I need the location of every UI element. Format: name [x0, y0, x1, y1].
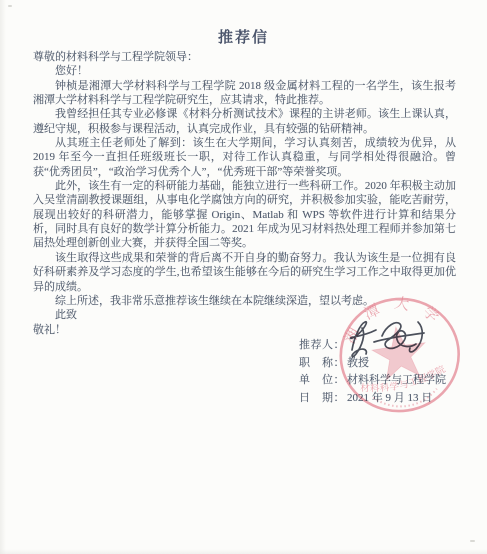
salutation: 尊敬的材料科学与工程学院领导： — [33, 50, 456, 64]
recommender-label: 推荐人： — [299, 339, 345, 351]
paragraph: 此外，该生有一定的科研能力基础，能独立进行一些科研工作。2020 年积极主动加入… — [33, 179, 456, 251]
paragraph: 钟桢是湘潭大学材料科学与工程学院 2018 级金属材料工程的一名学生，该生报考湘… — [33, 79, 456, 108]
scan-artifact — [470, 540, 475, 542]
scan-artifact — [0, 0, 6, 554]
unit-row: 单 位：材料科学与工程学院 — [299, 372, 446, 390]
letter-body: 尊敬的材料科学与工程学院领导： 您好！ 钟桢是湘潭大学材料科学与工程学院 201… — [33, 50, 456, 337]
greeting: 您好！ — [33, 64, 456, 78]
scan-artifact — [8, 5, 12, 7]
paragraph: 我曾经担任其专业必修课《材料分析测试技术》课程的主讲老师。该生上课认真，遵纪守规… — [33, 107, 456, 136]
paragraph: 从其班主任老师处了解到：该生在大学期间，学习认真刻苦，成绩较为优异，从 2019… — [33, 136, 456, 179]
job-title-row: 职 称：教授 — [299, 355, 446, 373]
unit-value: 材料科学与工程学院 — [347, 374, 446, 386]
signature-block: 推荐人： 职 称：教授 单 位：材料科学与工程学院 日 期：2021 年 9 月… — [299, 337, 446, 407]
recommender-row: 推荐人： — [299, 337, 446, 355]
scan-artifact — [0, 549, 487, 554]
recommendation-letter-page: 推荐信 尊敬的材料科学与工程学院领导： 您好！ 钟桢是湘潭大学材料科学与工程学院… — [0, 0, 487, 554]
job-title-value: 教授 — [347, 357, 369, 369]
paragraph: 该生取得这些成果和荣誉的背后离不开自身的勤奋努力。我认为该生是一位拥有良好科研素… — [33, 251, 456, 294]
closing-zhici: 此致 — [33, 308, 456, 322]
date-value: 2021 年 9 月 13 日 — [347, 392, 432, 404]
date-label: 日 期： — [299, 392, 345, 404]
letter-title: 推荐信 — [0, 26, 487, 47]
job-title-label: 职 称： — [299, 357, 345, 369]
unit-label: 单 位： — [299, 374, 345, 386]
paragraph: 综上所述，我非常乐意推荐该生继续在本院继续深造，望以考虑。 — [33, 294, 456, 308]
date-row: 日 期：2021 年 9 月 13 日 — [299, 390, 446, 408]
closing-jingli: 敬礼！ — [33, 323, 456, 337]
